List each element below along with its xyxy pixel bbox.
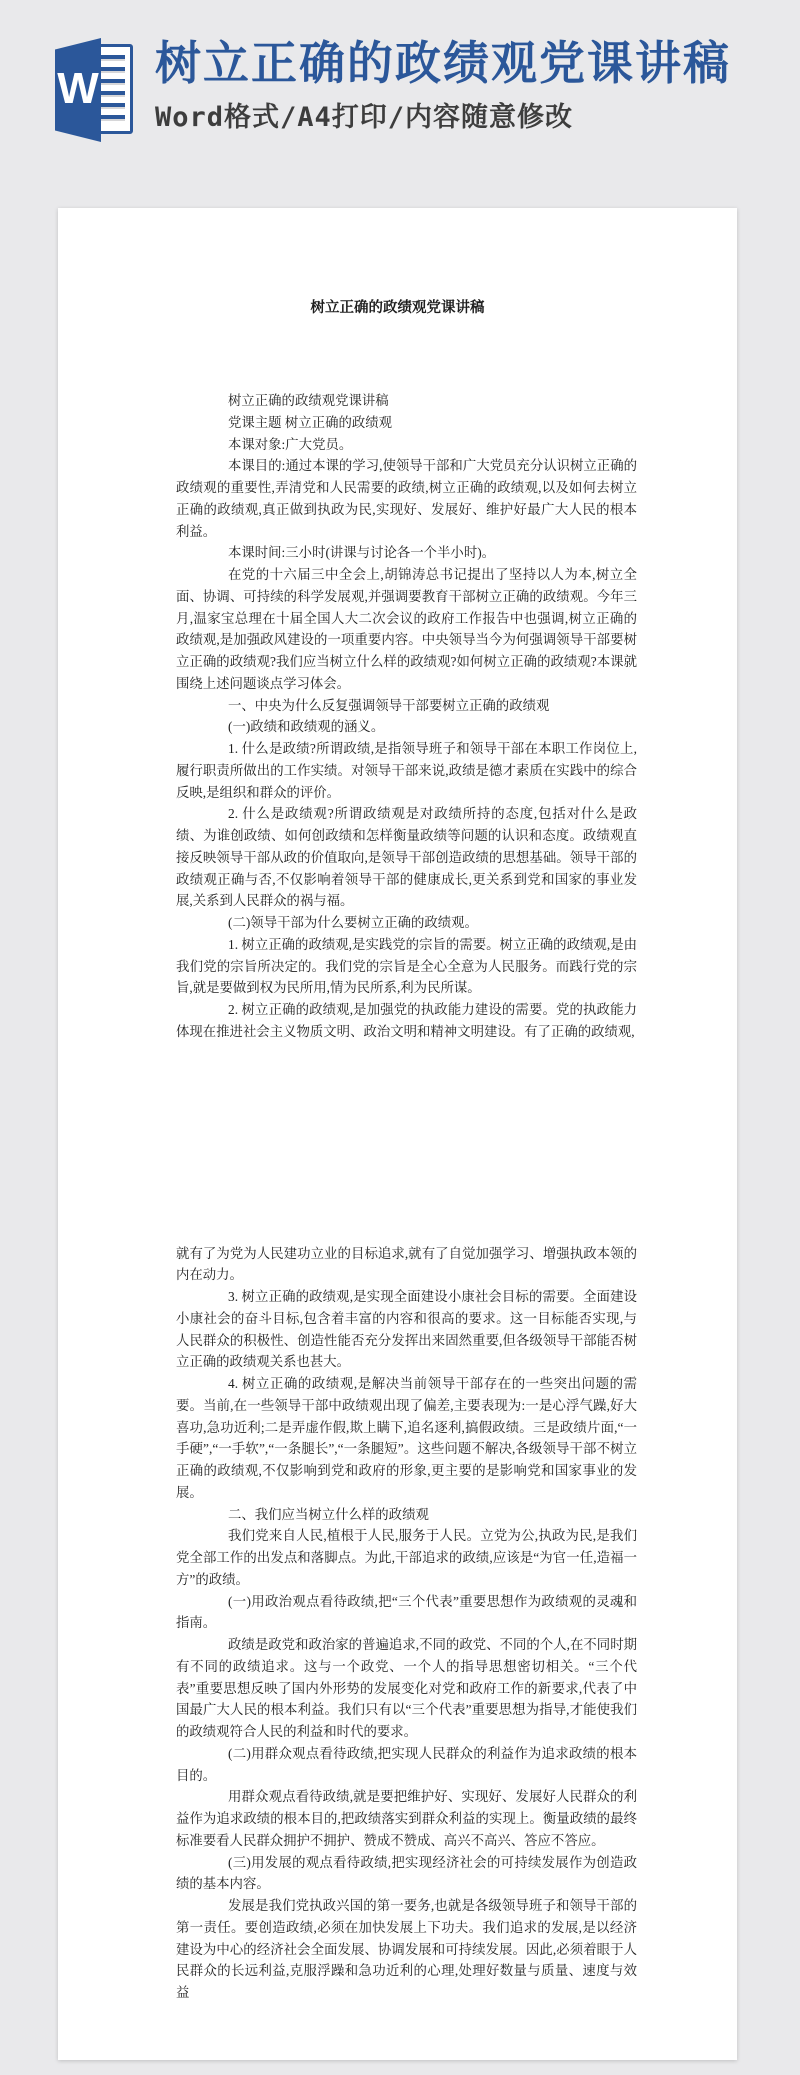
paragraph: 3. 树立正确的政绩观,是实现全面建设小康社会目标的需要。全面建设小康社会的奋斗… xyxy=(176,1286,637,1373)
paragraph: (一)政绩和政绩观的涵义。 xyxy=(176,716,637,738)
paragraph: (二)用群众观点看待政绩,把实现人民群众的利益作为追求政绩的根本目的。 xyxy=(176,1743,637,1787)
banner-title: 树立正确的政绩观党课讲稿 xyxy=(155,38,731,90)
paragraph: 党课主题 树立正确的政绩观 xyxy=(176,412,637,434)
paragraph: 二、我们应当树立什么样的政绩观 xyxy=(176,1504,637,1526)
paragraph: 在党的十六届三中全会上,胡锦涛总书记提出了坚持以人为本,树立全面、协调、可持续的… xyxy=(176,564,637,695)
paragraph: (二)领导干部为什么要树立正确的政绩观。 xyxy=(176,912,637,934)
banner-subtitle: Word格式/A4打印/内容随意修改 xyxy=(155,95,731,134)
word-logo-icon: W xyxy=(55,38,139,142)
paragraph: 本课对象:广大党员。 xyxy=(176,434,637,456)
page-break-gap xyxy=(58,1043,737,1243)
text-block-page-2: 就有了为党为人民建功立业的目标追求,就有了自觉加强学习、增强执政本领的内在动力。… xyxy=(176,1243,637,2004)
paragraph: 就有了为党为人民建功立业的目标追求,就有了自觉加强学习、增强执政本领的内在动力。 xyxy=(176,1243,637,1287)
word-logo-flag: W xyxy=(55,38,101,142)
paragraph: 用群众观点看待政绩,就是要把维护好、实现好、发展好人民群众的利益作为追求政绩的根… xyxy=(176,1786,637,1851)
paragraph: 本课目的:通过本课的学习,使领导干部和广大党员充分认识树立正确的政绩观的重要性,… xyxy=(176,455,637,542)
paragraph: 4. 树立正确的政绩观,是解决当前领导干部存在的一些突出问题的需要。当前,在一些… xyxy=(176,1373,637,1504)
paragraph: 一、中央为什么反复强调领导干部要树立正确的政绩观 xyxy=(176,695,637,717)
paragraph: 树立正确的政绩观党课讲稿 xyxy=(176,390,637,412)
paragraph: 我们党来自人民,植根于人民,服务于人民。立党为公,执政为民,是我们党全部工作的出… xyxy=(176,1525,637,1590)
paragraph: (一)用政治观点看待政绩,把“三个代表”重要思想作为政绩观的灵魂和指南。 xyxy=(176,1591,637,1635)
text-block-page-1: 树立正确的政绩观党课讲稿党课主题 树立正确的政绩观本课对象:广大党员。本课目的:… xyxy=(176,390,637,1043)
paragraph: (三)用发展的观点看待政绩,把实现经济社会的可持续发展作为创造政绩的基本内容。 xyxy=(176,1852,637,1896)
paragraph: 1. 什么是政绩?所谓政绩,是指领导班子和领导干部在本职工作岗位上,履行职责所做… xyxy=(176,738,637,803)
paragraph: 本课时间:三小时(讲课与讨论各一个半小时)。 xyxy=(176,542,637,564)
word-logo-lines xyxy=(98,55,125,123)
paragraph: 政绩是政党和政治家的普遍追求,不同的政党、不同的个人,在不同时期有不同的政绩追求… xyxy=(176,1634,637,1743)
document-sheet: 树立正确的政绩观党课讲稿 树立正确的政绩观党课讲稿党课主题 树立正确的政绩观本课… xyxy=(58,208,737,2060)
paragraph: 1. 树立正确的政绩观,是实践党的宗旨的需要。树立正确的政绩观,是由我们党的宗旨… xyxy=(176,934,637,999)
paragraph: 2. 树立正确的政绩观,是加强党的执政能力建设的需要。党的执政能力体现在推进社会… xyxy=(176,999,637,1043)
banner-text: 树立正确的政绩观党课讲稿 Word格式/A4打印/内容随意修改 xyxy=(155,38,731,134)
word-logo-letter: W xyxy=(57,67,99,111)
document-title: 树立正确的政绩观党课讲稿 xyxy=(58,298,737,318)
paragraph: 发展是我们党执政兴国的第一要务,也就是各级领导班子和领导干部的第一责任。要创造政… xyxy=(176,1895,637,2004)
banner: W 树立正确的政绩观党课讲稿 Word格式/A4打印/内容随意修改 xyxy=(55,38,731,142)
paragraph: 2. 什么是政绩观?所谓政绩观是对政绩所持的态度,包括对什么是政绩、为谁创政绩、… xyxy=(176,803,637,912)
page-background: { "banner": { "logo_letter": "W", "title… xyxy=(0,0,800,2075)
